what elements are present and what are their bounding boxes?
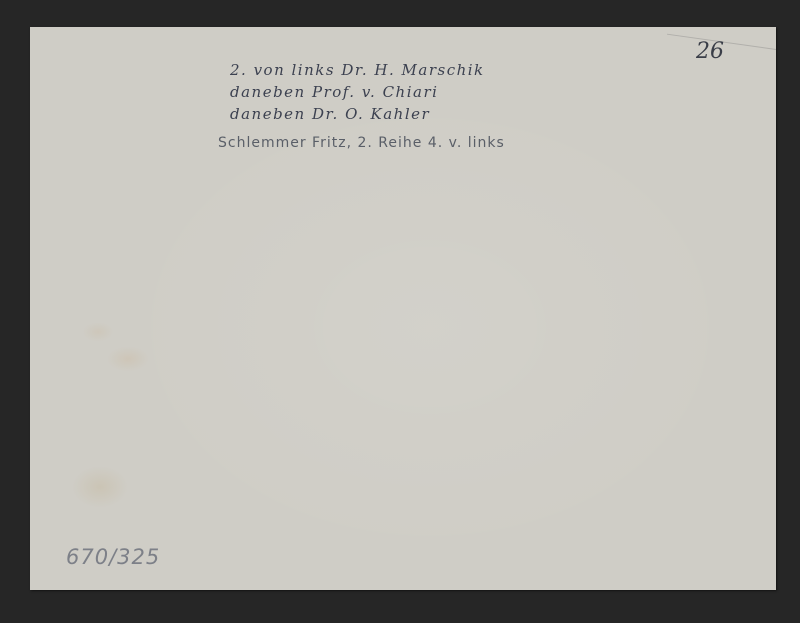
corner-number: 26 [696, 39, 724, 64]
annotation-line-1: 2. von links Dr. H. Marschik [230, 61, 485, 79]
annotation-line-2: daneben Prof. v. Chiari [230, 83, 438, 101]
annotation-line-4: Schlemmer Fritz, 2. Reihe 4. v. links [218, 135, 505, 151]
inventory-number: 670/325 [66, 545, 160, 569]
photo-card-back: 2. von links Dr. H. Marschik daneben Pro… [30, 27, 776, 590]
annotation-line-3: daneben Dr. O. Kahler [230, 105, 430, 123]
